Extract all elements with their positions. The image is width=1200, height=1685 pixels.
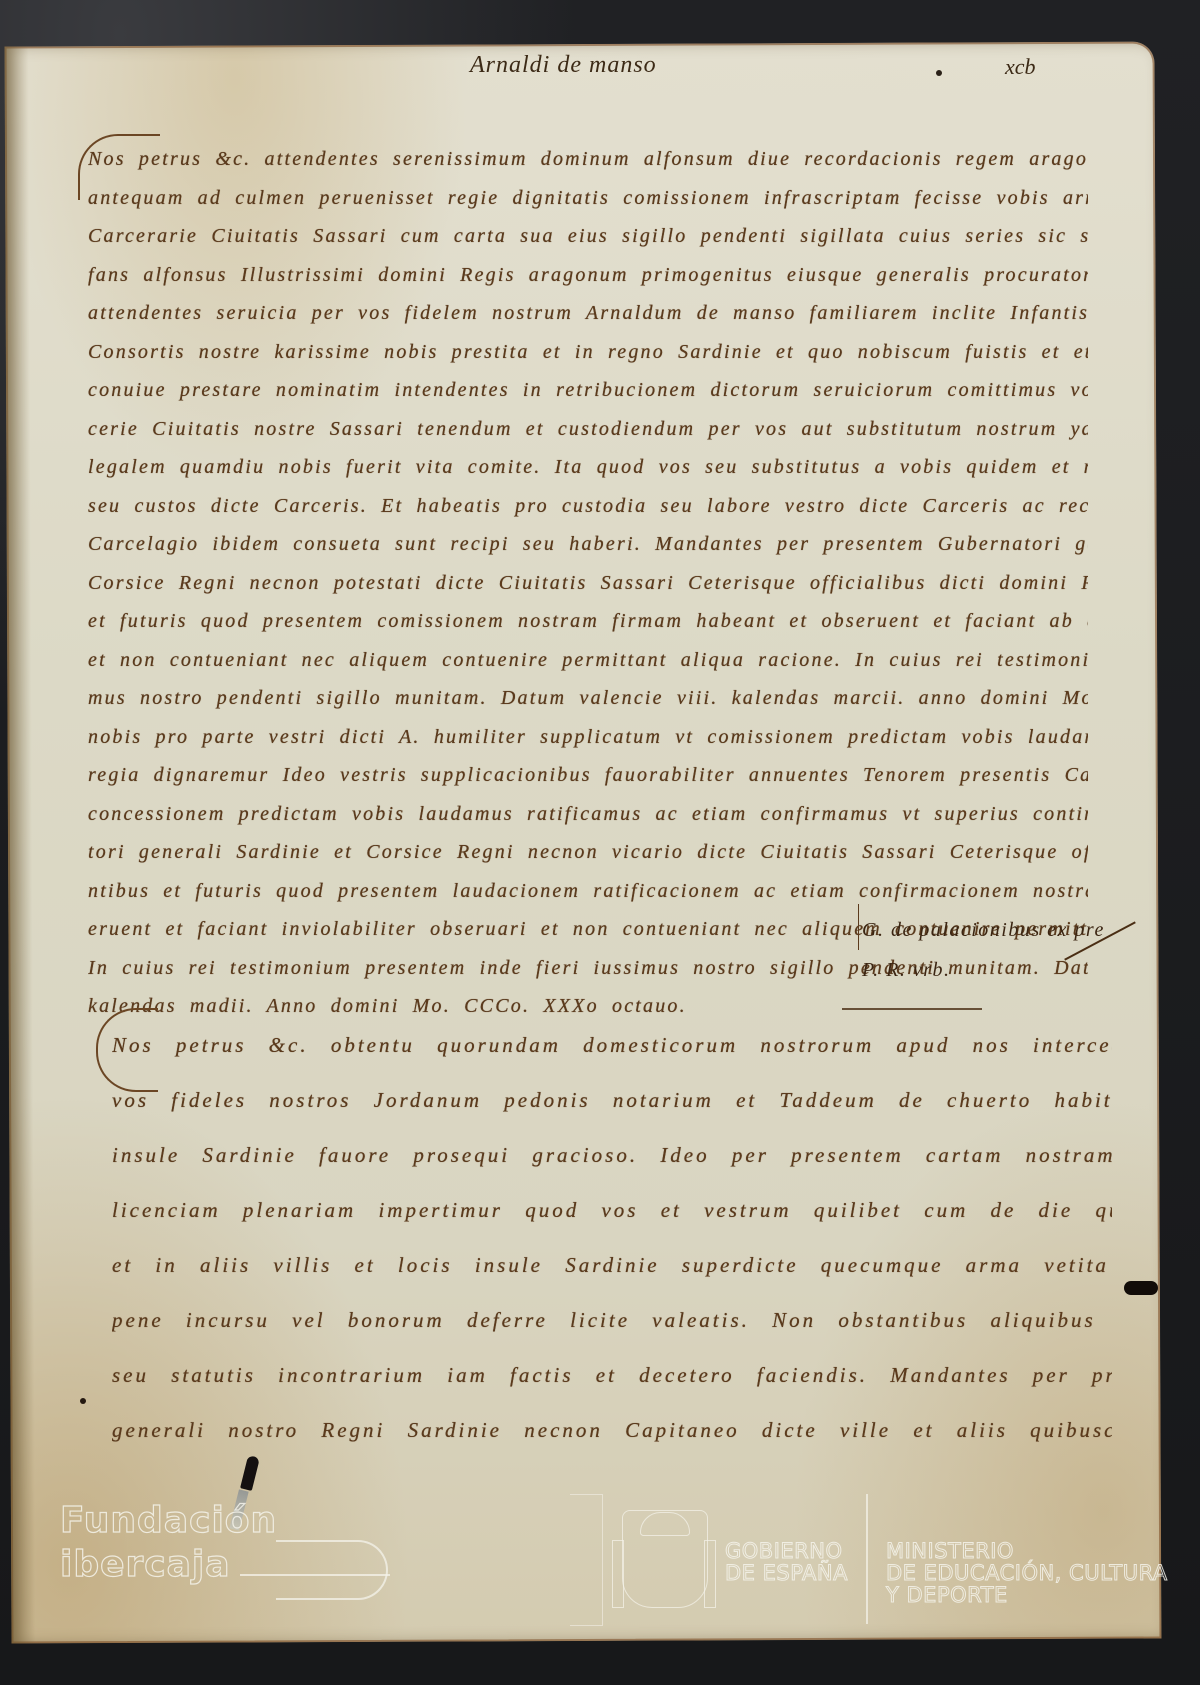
ink-dot: [936, 70, 942, 76]
pillar-icon: [612, 1540, 624, 1608]
ministerio-watermark: MINISTERIO DE EDUCACIÓN, CULTURA Y DEPOR…: [886, 1540, 1168, 1606]
text-line: generali nostro Regni Sardinie necnon Ca…: [112, 1403, 1112, 1458]
text-line: seu statutis incontrarium iam factis et …: [112, 1348, 1112, 1403]
text-line: attendentes seruicia per vos fidelem nos…: [88, 294, 1088, 333]
text-line: Carcerarie Ciuitatis Sassari cum carta s…: [88, 217, 1088, 256]
text-line: cerie Ciuitatis nostre Sassari tenendum …: [88, 410, 1088, 449]
pillar-icon: [704, 1540, 716, 1608]
text-line: fans alfonsus Illustrissimi domini Regis…: [88, 256, 1088, 295]
ibercaja-logo-icon: [240, 1574, 390, 1576]
coat-of-arms-icon: [622, 1510, 708, 1608]
watermark-text: DE ESPAÑA: [725, 1562, 848, 1584]
text-line: seu custos dicte Carceris. Et habeatis p…: [88, 487, 1088, 526]
text-line: Nos petrus &c. attendentes serenissimum …: [88, 140, 1088, 179]
text-line: legalem quamdiu nobis fuerit vita comite…: [88, 448, 1088, 487]
text-line: et futuris quod presentem comissionem no…: [88, 602, 1088, 641]
text-line: Corsice Regni necnon potestati dicte Ciu…: [88, 564, 1088, 603]
watermark-text: GOBIERNO: [725, 1540, 848, 1562]
ibercaja-logo-icon: [276, 1540, 388, 1600]
text-line: pene incursu vel bonorum deferre licite …: [112, 1293, 1112, 1348]
page-title: Arnaldi de manso: [470, 52, 657, 79]
watermark-divider: [866, 1494, 868, 1624]
text-line: ntibus et futuris quod presentem laudaci…: [88, 872, 1088, 911]
signature-bracket-icon: [858, 904, 859, 950]
watermark-text: MINISTERIO: [886, 1540, 1168, 1562]
text-line: et in aliis villis et locis insule Sardi…: [112, 1238, 1112, 1293]
text-line: tori generali Sardinie et Corsice Regni …: [88, 833, 1088, 872]
text-line: mus nostro pendenti sigillo munitam. Dat…: [88, 679, 1088, 718]
text-line: regia dignaremur Ideo vestris supplicaci…: [88, 756, 1088, 795]
text-line: Nos petrus &c. obtentu quorundam domesti…: [112, 1018, 1112, 1073]
text-line: licenciam plenariam impertimur quod vos …: [112, 1183, 1112, 1238]
signature-line: G. de palacionibus ex pre: [862, 910, 1105, 950]
text-line: Carcelagio ibidem consueta sunt recipi s…: [88, 525, 1088, 564]
folio-number: xcb: [1005, 54, 1036, 80]
document-entry-2: Nos petrus &c. obtentu quorundam domesti…: [112, 1018, 1112, 1458]
text-line: antequam ad culmen peruenisset regie dig…: [88, 179, 1088, 218]
text-line: concessionem predictam vobis laudamus ra…: [88, 795, 1088, 834]
watermark-text: DE EDUCACIÓN, CULTURA: [886, 1562, 1168, 1584]
ink-blot: [1124, 1281, 1158, 1295]
document-entry-1: Nos petrus &c. attendentes serenissimum …: [88, 140, 1088, 1026]
watermark-text: Fundación: [60, 1500, 277, 1544]
entry-separator: [842, 1008, 982, 1010]
text-line: insule Sardinie fauore prosequi gracioso…: [112, 1128, 1112, 1183]
gobierno-watermark: GOBIERNO DE ESPAÑA: [725, 1540, 848, 1584]
watermark-text: Y DEPORTE: [886, 1584, 1168, 1606]
text-line: Consortis nostre karissime nobis prestit…: [88, 333, 1088, 372]
text-line: conuiue prestare nominatim intendentes i…: [88, 371, 1088, 410]
watermark-frame: [570, 1494, 603, 1626]
text-line: et non contueniant nec aliquem contuenir…: [88, 641, 1088, 680]
text-line: nobis pro parte vestri dicti A. humilite…: [88, 718, 1088, 757]
ink-dot: [80, 1398, 86, 1404]
chancery-signature: G. de palacionibus ex preP. R. vrb.: [862, 910, 1105, 990]
watermark-text: ibercaja: [60, 1544, 277, 1588]
text-line: vos fideles nostros Jordanum pedonis not…: [112, 1073, 1112, 1128]
